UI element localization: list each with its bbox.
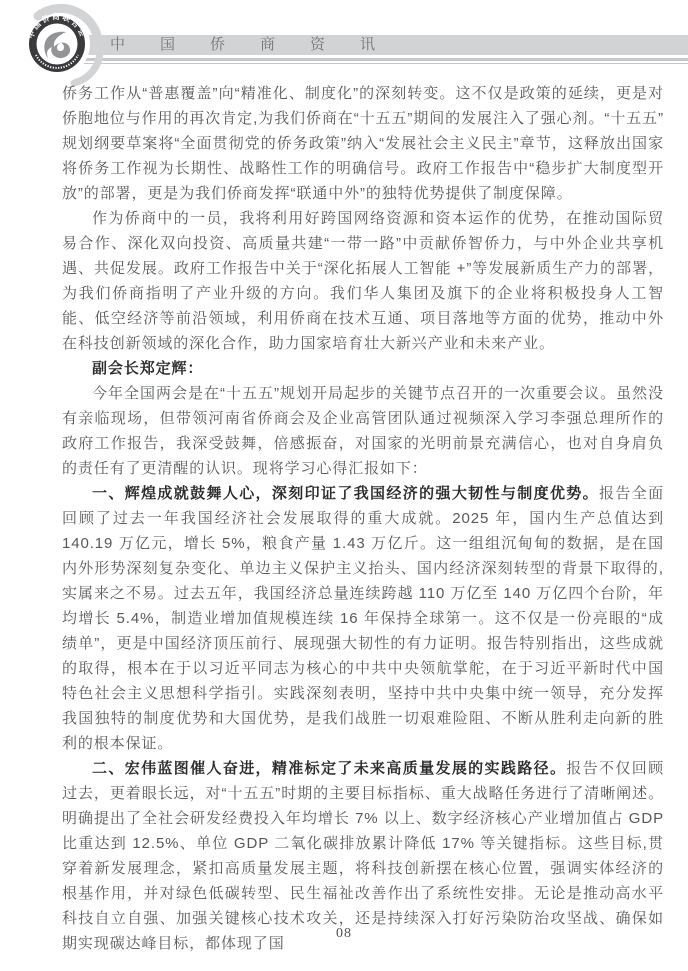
- brand-title: 中国侨商资讯: [86, 35, 688, 55]
- seal-icon: 中国侨商联合会: [16, 2, 104, 90]
- header-bar: 中国侨商资讯: [86, 35, 688, 55]
- paragraph-bold-lead: 二、宏伟蓝图催人奋进，精准标定了未来高质量发展的实践路径。: [92, 760, 566, 777]
- paragraph-bold-lead: 副会长郑定辉：: [92, 360, 203, 377]
- paragraph: 一、辉煌成就鼓舞人心，深刻印证了我国经济的强大韧性与制度优势。报告全面回顾了过去…: [62, 481, 664, 756]
- paragraph-text: 今年全国两会是在“十五五”规划开局起步的关键节点召开的一次重要会议。虽然没有亲临…: [62, 385, 664, 477]
- paragraph-text: 作为侨商中的一员，我将利用好跨国网络资源和资本运作的优势，在推动国际贸易合作、深…: [62, 210, 664, 352]
- paragraph: 副会长郑定辉：: [62, 356, 664, 381]
- header-rule-thick: [60, 58, 688, 61]
- paragraph: 侨务工作从“普惠覆盖”向“精准化、制度化”的深刻转变。这不仅是政策的延续，更是对…: [62, 81, 664, 206]
- page: 中国侨商资讯 中国侨商联合会: [0, 0, 688, 971]
- paragraph: 作为侨商中的一员，我将利用好跨国网络资源和资本运作的优势，在推动国际贸易合作、深…: [62, 206, 664, 356]
- paragraph-text: 报告全面回顾了过去一年我国经济社会发展取得的重大成就。2025 年，国内生产总值…: [62, 485, 664, 752]
- paragraph: 今年全国两会是在“十五五”规划开局起步的关键节点召开的一次重要会议。虽然没有亲临…: [62, 381, 664, 481]
- page-footer: 08: [0, 924, 688, 942]
- article-body: 侨务工作从“普惠覆盖”向“精准化、制度化”的深刻转变。这不仅是政策的延续，更是对…: [62, 81, 664, 956]
- paragraph-bold-lead: 一、辉煌成就鼓舞人心，深刻印证了我国经济的强大韧性与制度优势。: [92, 485, 599, 502]
- header-rule-thin: [60, 63, 688, 65]
- page-number: 08: [336, 926, 352, 941]
- federation-seal-logo: 中国侨商联合会: [16, 2, 104, 90]
- paragraph-text: 侨务工作从“普惠覆盖”向“精准化、制度化”的深刻转变。这不仅是政策的延续，更是对…: [62, 85, 664, 202]
